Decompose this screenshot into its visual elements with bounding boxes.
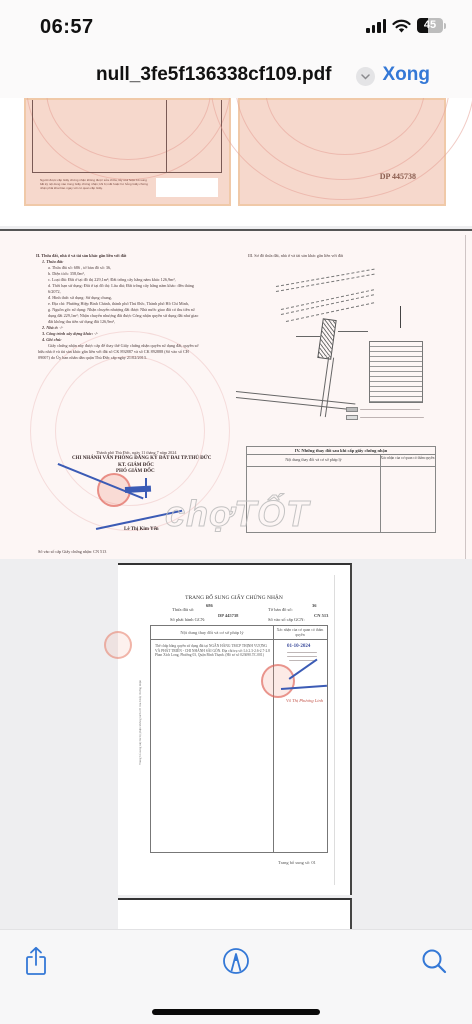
doc-line: Giấy chứng nhận này được cấp để thay thế… [48, 343, 199, 348]
field-label: Số phát hành GCN: [170, 617, 205, 622]
doc-line: đất không thu tiền sử dụng đất 126,9m², [48, 319, 115, 324]
field-value: 36 [312, 603, 317, 608]
supplement-col-content: Nội dung thay đổi và cơ sở pháp lý [151, 630, 273, 635]
signer-role-1: KT. GIÁM ĐỐC [118, 463, 154, 468]
share-icon [24, 946, 48, 976]
pdf-page-3: TRANG BỔ SUNG GIẤY CHỨNG NHẬN Thửa đất s… [118, 563, 352, 895]
field-label: Tờ bản đồ số: [268, 607, 293, 612]
doc-line: 4. Ghi chú: [42, 337, 62, 342]
pdf-viewer-screen: 06:57 45 null_3fe5f136338cf109.pdf [0, 0, 472, 1024]
signer-role-2: PHÓ GIÁM ĐỐC [116, 469, 155, 474]
legend-swatch [346, 407, 358, 412]
home-indicator [152, 1009, 320, 1015]
share-button[interactable] [22, 946, 50, 976]
certificate-frame [32, 100, 222, 173]
doc-line: 09007) do Ủy ban nhân dân quận Thủ Đức c… [38, 355, 147, 360]
field-value: CN 513 [314, 613, 328, 618]
field-value: 686 [206, 603, 213, 608]
registry-number: Số vào sổ cấp Giấy chứng nhận: CN 513 [38, 549, 106, 554]
status-bar: 06:57 45 [0, 0, 472, 54]
certificate-fine-print: Người được cấp Giấy chứng nhận không đượ… [40, 178, 150, 190]
certificate-left-panel: Người được cấp Giấy chứng nhận không đượ… [24, 98, 231, 206]
markup-pen-icon [222, 947, 250, 975]
chevron-down-icon [361, 74, 370, 80]
signature-stroke [289, 659, 318, 680]
confirmation-stamp [261, 664, 295, 698]
battery-percent: 45 [417, 18, 443, 33]
status-time: 06:57 [40, 16, 94, 39]
done-button[interactable]: Xong [383, 64, 431, 86]
supplement-side-note: Trang bổ sung này là bộ phận không tách … [138, 680, 142, 765]
chotot-watermark: chợTỐT [165, 493, 309, 535]
search-button[interactable] [420, 946, 448, 976]
coordinate-table [369, 341, 423, 403]
confirmation-date: 01-10-2024 [287, 644, 310, 649]
section-iii-heading: III. Sơ đồ thửa đất, nhà ở và tài sản kh… [248, 253, 343, 258]
field-value: DP 445738 [218, 613, 238, 618]
pdf-page-4 [118, 898, 352, 929]
certificate-serial-number: DP 445738 [380, 172, 416, 181]
supplement-col-confirmation: Xác nhận của cơ quan có thẩm quyền [273, 628, 327, 637]
supplement-page-number: Trang bổ sung số: 01 [278, 860, 316, 865]
navigation-bar: null_3fe5f136338cf109.pdf Xong [0, 54, 472, 98]
search-icon [421, 948, 447, 974]
doc-line: 6/2072, [48, 289, 61, 294]
cellular-signal-icon [366, 19, 386, 33]
legend-swatch [346, 415, 358, 420]
signing-office: CHI NHÁNH VĂN PHÒNG ĐĂNG KÝ ĐẤT ĐAI TP.T… [72, 456, 211, 461]
supplement-table: Nội dung thay đổi và cơ sở pháp lý Xác n… [150, 625, 328, 853]
doc-line: hữu nhà ở và tài sản khác gắn liền với đ… [38, 349, 189, 354]
pdf-page-1: Người được cấp Giấy chứng nhận không đượ… [0, 98, 472, 226]
doc-line: g. Nguồn gốc sử dụng: Nhận chuyển nhượng… [48, 307, 195, 312]
title-menu-button[interactable] [356, 67, 375, 86]
confirmation-signer: Võ Thị Phương Linh [286, 698, 323, 703]
battery-icon: 45 [417, 18, 446, 33]
doc-line: 1. Thửa đất: [42, 259, 63, 264]
redacted-area [156, 178, 218, 197]
doc-line: 2. Nhà ở: -/- [42, 325, 63, 330]
document-title[interactable]: null_3fe5f136338cf109.pdf [96, 64, 332, 86]
supplement-page-title: TRANG BỔ SUNG GIẤY CHỨNG NHẬN [118, 595, 350, 601]
doc-line: a. Thửa đất số: 686 , tờ bản đồ số: 36, [48, 265, 111, 270]
signature-stroke [145, 478, 147, 498]
side-stamp [104, 631, 132, 659]
changes-col-confirmation: Xác nhận của cơ quan có thẩm quyền [380, 456, 435, 460]
mortgage-entry: Thế chấp bằng quyền sử dụng đất tại NGÂN… [155, 644, 271, 658]
status-icons: 45 [366, 18, 446, 33]
pdf-page-2: II. Thửa đất, nhà ở và tài sản khác gắn … [0, 229, 472, 559]
field-label: Thửa đất số: [172, 607, 194, 612]
section-ii-heading: II. Thửa đất, nhà ở và tài sản khác gắn … [36, 253, 126, 258]
signature-place-date: Thành phố Thủ Đức, ngày 11 tháng 7 năm 2… [96, 450, 176, 455]
doc-line: đ. Hình thức sử dụng: Sử dụng chung, [48, 295, 112, 300]
doc-line: dụng đất 229,1m²; Nhận chuyển nhượng đất… [48, 313, 198, 318]
bottom-toolbar [0, 929, 472, 1024]
doc-line: d. Thời hạn sử dụng: Đất ở tại đô thị: L… [48, 283, 194, 288]
field-label: Số vào sổ cấp GCN: [268, 617, 305, 622]
markup-button[interactable] [222, 946, 250, 976]
signer-name: Lê Thị Kim Yến [124, 527, 159, 532]
doc-line: b. Diện tích: 358,0m², [48, 271, 85, 276]
doc-line: e. Địa chỉ: Phường Hiệp Bình Chánh, thàn… [48, 301, 189, 306]
changes-table-title: IV. Những thay đổi sau khi cấp giấy chứn… [247, 447, 435, 455]
doc-line: 3. Công trình xây dựng khác: -/- [42, 331, 98, 336]
pdf-scroll-area[interactable]: Người được cấp Giấy chứng nhận không đượ… [0, 98, 472, 929]
wifi-icon [392, 19, 411, 33]
changes-col-content: Nội dung thay đổi và cơ sở pháp lý [247, 457, 380, 462]
certificate-right-panel: DP 445738 [238, 98, 446, 206]
doc-line: c. Loại đất: Đất ở tại đô thị 229,1m²; Đ… [48, 277, 176, 282]
